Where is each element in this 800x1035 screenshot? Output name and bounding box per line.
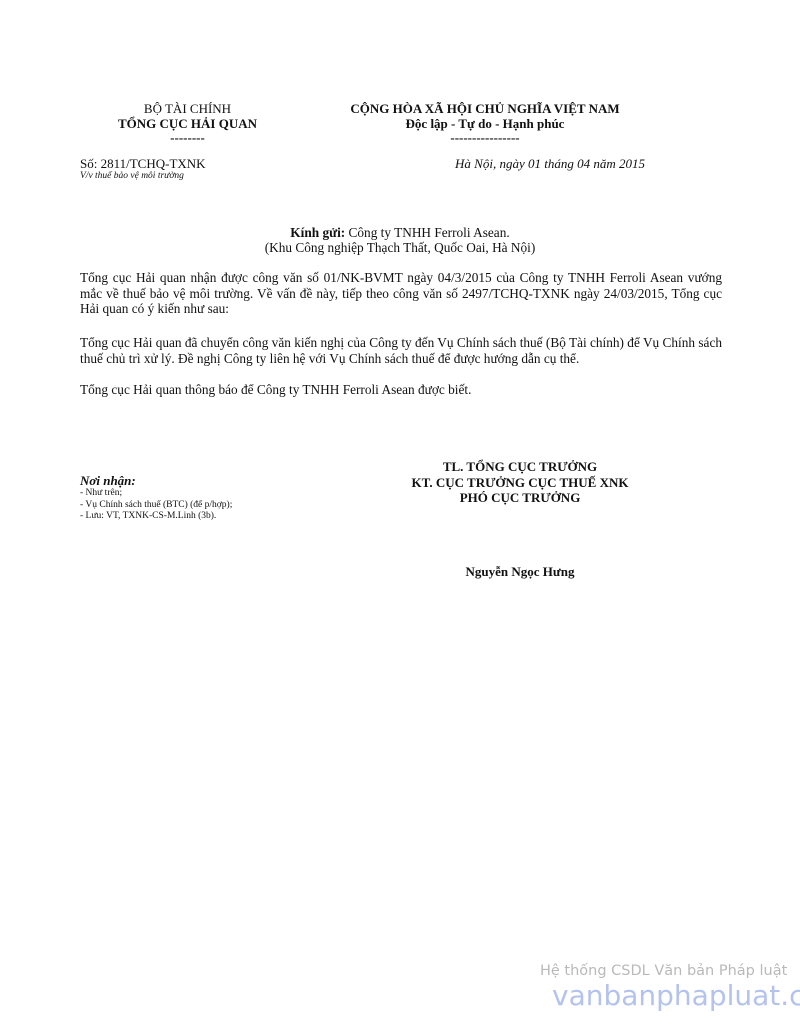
body-paragraph: Tổng cục Hải quan đã chuyển công văn kiế…: [80, 335, 722, 366]
right-separator: ----------------: [300, 131, 670, 145]
distribution-title: Nơi nhận:: [80, 474, 340, 488]
country-name: CỘNG HÒA XÃ HỘI CHỦ NGHĨA VIỆT NAM: [300, 101, 670, 116]
ministry-name: BỘ TÀI CHÍNH: [80, 101, 295, 116]
recipient-label: Kính gửi:: [290, 225, 345, 240]
signature-title-3: PHÓ CỤC TRƯỞNG: [360, 490, 680, 506]
signer-name: Nguyễn Ngọc Hưng: [360, 564, 680, 579]
signature-block: TL. TỔNG CỤC TRƯỞNG KT. CỤC TRƯỞNG CỤC T…: [360, 459, 680, 506]
distribution-item: - Vụ Chính sách thuế (BTC) (để p/hợp);: [80, 500, 340, 512]
recipient-name: Công ty TNHH Ferroli Asean.: [345, 225, 509, 240]
document-number: Số: 2811/TCHQ-TXNK: [80, 156, 206, 171]
place-and-date: Hà Nội, ngày 01 tháng 04 năm 2015: [380, 156, 645, 171]
distribution-item: - Lưu: VT, TXNK-CS-M.Linh (3b).: [80, 511, 340, 523]
body-paragraph: Tổng cục Hải quan thông báo để Công ty T…: [80, 382, 722, 398]
signature-title-2: KT. CỤC TRƯỞNG CỤC THUẾ XNK: [360, 475, 680, 491]
document-subject: V/v thuế bảo vệ môi trường: [80, 171, 184, 182]
recipient-block: Kính gửi: Công ty TNHH Ferroli Asean. (K…: [80, 225, 720, 255]
signature-title-1: TL. TỔNG CỤC TRƯỞNG: [360, 459, 680, 475]
recipient-line: Kính gửi: Công ty TNHH Ferroli Asean.: [80, 225, 720, 240]
department-name: TỔNG CỤC HẢI QUAN: [80, 116, 295, 131]
watermark-site: vanbanphapluat.co: [540, 980, 800, 1012]
issuing-agency-header: BỘ TÀI CHÍNH TỔNG CỤC HẢI QUAN --------: [80, 101, 295, 145]
distribution-item: - Như trên;: [80, 488, 340, 500]
watermark: Hệ thống CSDL Văn bản Pháp luật vanbanph…: [540, 962, 800, 1012]
national-header: CỘNG HÒA XÃ HỘI CHỦ NGHĨA VIỆT NAM Độc l…: [300, 101, 670, 145]
recipient-address: (Khu Công nghiệp Thạch Thất, Quốc Oai, H…: [80, 240, 720, 255]
watermark-caption: Hệ thống CSDL Văn bản Pháp luật: [540, 962, 800, 980]
body-paragraph: Tổng cục Hải quan nhận được công văn số …: [80, 270, 722, 317]
national-motto: Độc lập - Tự do - Hạnh phúc: [300, 116, 670, 131]
distribution-list: Nơi nhận: - Như trên; - Vụ Chính sách th…: [80, 474, 340, 523]
left-separator: --------: [80, 131, 295, 145]
